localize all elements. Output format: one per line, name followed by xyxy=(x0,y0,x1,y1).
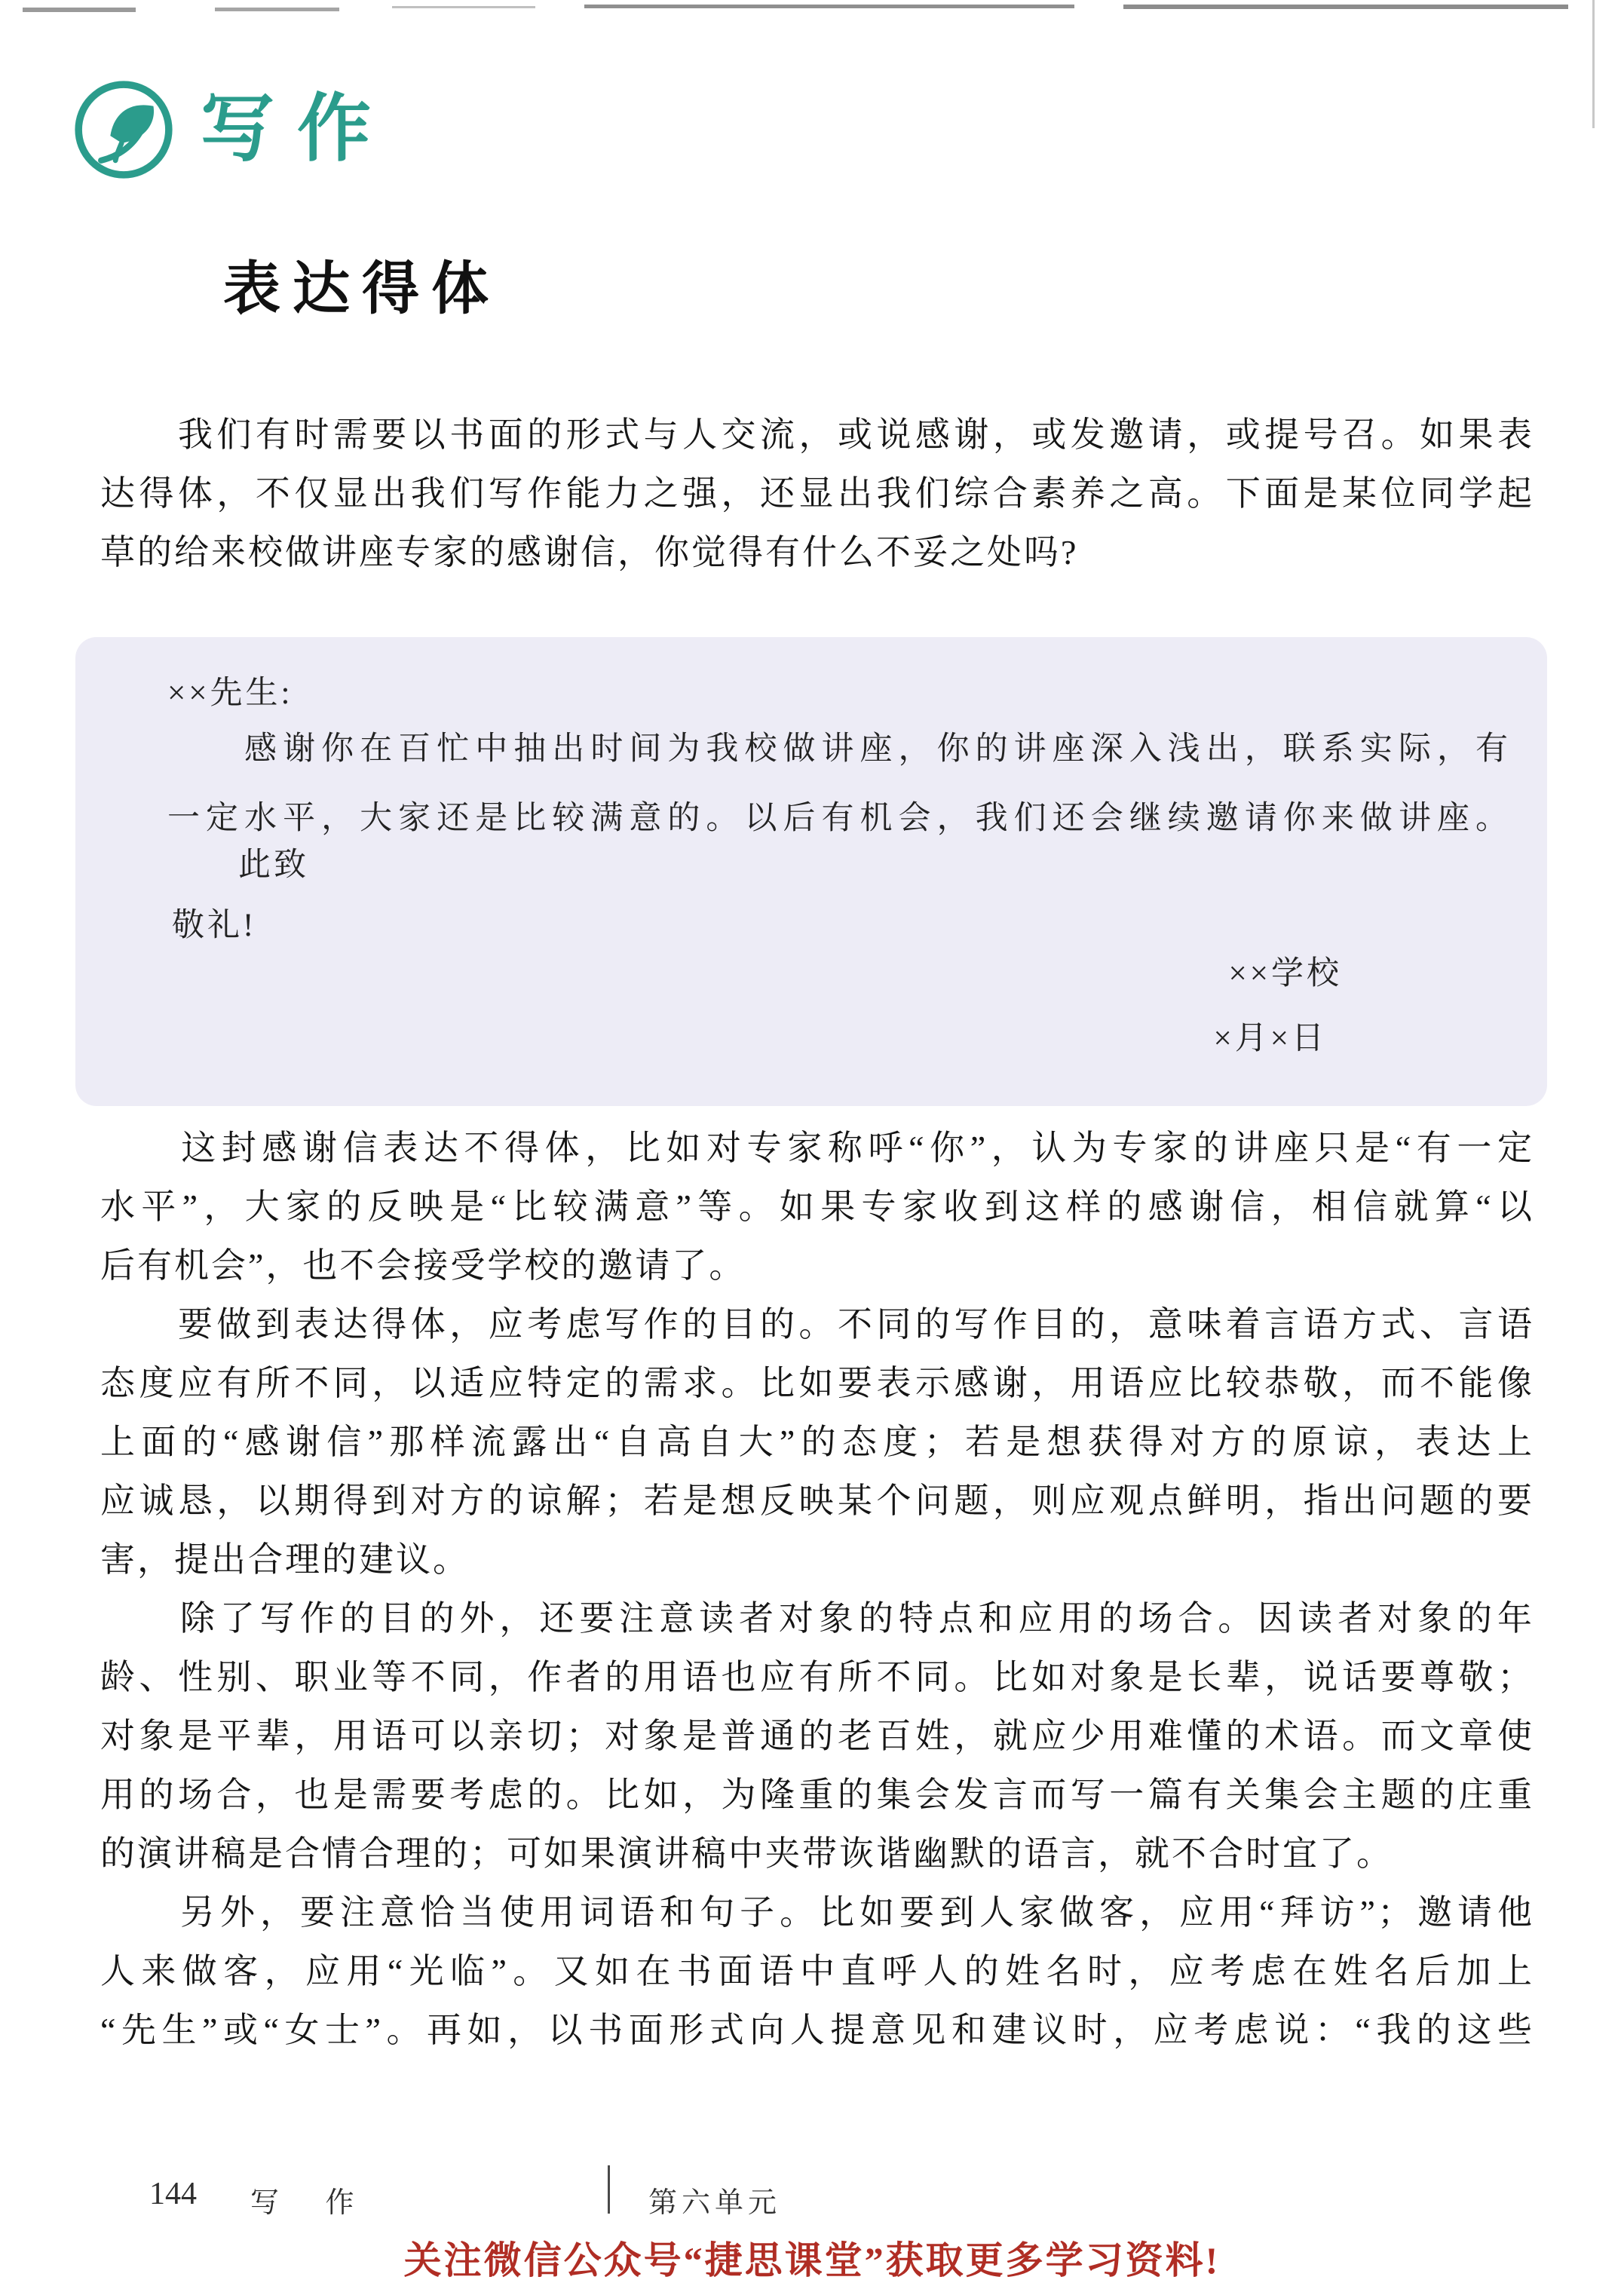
footer-section-label: 写 作 xyxy=(250,2179,374,2220)
footer-unit-label: 第六单元 xyxy=(648,2179,781,2220)
text-line: 的演讲稿是合情合理的；可如果演讲稿中夹带诙谐幽默的语言，就不合时宜了。 xyxy=(100,1831,1534,1889)
text-line: 这封感谢信表达不得体，比如对专家称呼“你”，认为专家的讲座只是“有一定 xyxy=(100,1125,1534,1184)
section-header: 写作 xyxy=(72,78,394,181)
leaf-in-circle-icon xyxy=(72,78,175,181)
paragraph: 这封感谢信表达不得体，比如对专家称呼“你”，认为专家的讲座只是“有一定水平”，大… xyxy=(100,1125,1534,1301)
text-line: 应诚恳，以期得到对方的谅解；若是想反映某个问题，则应观点鲜明，指出问题的要 xyxy=(100,1478,1534,1537)
text-line: 龄、性别、职业等不同，作者的用语也应有所不同。比如对象是长辈，说话要尊敬； xyxy=(100,1654,1534,1713)
scan-artifact-line xyxy=(23,8,136,12)
text-line: 对象是平辈，用语可以亲切；对象是普通的老百姓，就应少用难懂的术语。而文章使 xyxy=(100,1713,1534,1772)
text-line: 一定水平，大家还是比较满意的。以后有机会，我们还会继续邀请你来做讲座。 xyxy=(167,795,1511,865)
text-line: 水平”，大家的反映是“比较满意”等。如果专家收到这样的感谢信，相信就算“以 xyxy=(100,1184,1534,1243)
text-line: “先生”或“女士”。再如，以书面形式向人提意见和建议时，应考虑说：“我的这些 xyxy=(100,2007,1534,2066)
section-title: 写作 xyxy=(201,84,394,175)
letter-salutation: ××先生: xyxy=(167,667,293,713)
paragraph: 除了写作的目的外，还要注意读者对象的特点和应用的场合。因读者对象的年龄、性别、职… xyxy=(100,1595,1534,1889)
wechat-watermark-text: 关注微信公众号“捷思课堂”获取更多学习资料! xyxy=(404,2230,1221,2284)
discussion-paragraphs: 这封感谢信表达不得体，比如对专家称呼“你”，认为专家的讲座只是“有一定水平”，大… xyxy=(100,1125,1534,2066)
text-line: 人来做客，应用“光临”。又如在书面语中直呼人的姓名时，应考虑在姓名后加上 xyxy=(100,1948,1534,2007)
letter-signature-date: ×月×日 xyxy=(75,1013,1547,1059)
scan-artifact-line xyxy=(392,6,535,8)
text-line: 感谢你在百忙中抽出时间为我校做讲座，你的讲座深入浅出，联系实际，有 xyxy=(167,726,1511,795)
text-line: 除了写作的目的外，还要注意读者对象的特点和应用的场合。因读者对象的年 xyxy=(100,1595,1534,1654)
textbook-page: 写作 表达得体 我们有时需要以书面的形式与人交流，或说感谢，或发邀请，或提号召。… xyxy=(0,0,1624,2289)
thank-you-letter-box: ××先生: 感谢你在百忙中抽出时间为我校做讲座，你的讲座深入浅出，联系实际，有一… xyxy=(75,637,1547,1106)
text-line: 态度应有所不同，以适应特定的需求。比如要表示感谢，用语应比较恭敬，而不能像 xyxy=(100,1360,1534,1419)
scan-artifact-line xyxy=(215,8,339,11)
text-line: 用的场合，也是需要考虑的。比如，为隆重的集会发言而写一篇有关集会主题的庄重 xyxy=(100,1772,1534,1831)
letter-body: 感谢你在百忙中抽出时间为我校做讲座，你的讲座深入浅出，联系实际，有一定水平，大家… xyxy=(167,726,1511,865)
paragraph: 要做到表达得体，应考虑写作的目的。不同的写作目的，意味着言语方式、言语态度应有所… xyxy=(100,1301,1534,1595)
text-line: 要做到表达得体，应考虑写作的目的。不同的写作目的，意味着言语方式、言语 xyxy=(100,1301,1534,1360)
scan-artifact-line xyxy=(584,5,1074,8)
paragraph: 另外，要注意恰当使用词语和句子。比如要到人家做客，应用“拜访”；邀请他人来做客，… xyxy=(100,1889,1534,2066)
text-line: 我们有时需要以书面的形式与人交流，或说感谢，或发邀请，或提号召。如果表 xyxy=(100,412,1534,470)
intro-paragraph: 我们有时需要以书面的形式与人交流，或说感谢，或发邀请，或提号召。如果表达得体，不… xyxy=(100,412,1534,588)
page-title: 表达得体 xyxy=(223,243,501,325)
text-line: 草的给来校做讲座专家的感谢信，你觉得有什么不妥之处吗? xyxy=(100,529,1534,588)
text-line: 另外，要注意恰当使用词语和句子。比如要到人家做客，应用“拜访”；邀请他 xyxy=(100,1889,1534,1948)
text-line: 上面的“感谢信”那样流露出“自高自大”的态度；若是想获得对方的原谅，表达上 xyxy=(100,1419,1534,1478)
text-line: 害，提出合理的建议。 xyxy=(100,1537,1534,1595)
letter-signature-school: ××学校 xyxy=(75,948,1547,994)
footer-page-number: 144 xyxy=(149,2176,197,2212)
letter-closing-cizhi: 此致 xyxy=(167,839,309,885)
scan-artifact-line xyxy=(1123,5,1568,9)
footer-divider xyxy=(608,2165,610,2214)
text-line: 达得体，不仅显出我们写作能力之强，还显出我们综合素养之高。下面是某位同学起 xyxy=(100,470,1534,529)
scan-artifact-line xyxy=(1592,0,1595,128)
letter-closing-jingli: 敬礼! xyxy=(172,899,256,945)
text-line: 后有机会”，也不会接受学校的邀请了。 xyxy=(100,1243,1534,1301)
